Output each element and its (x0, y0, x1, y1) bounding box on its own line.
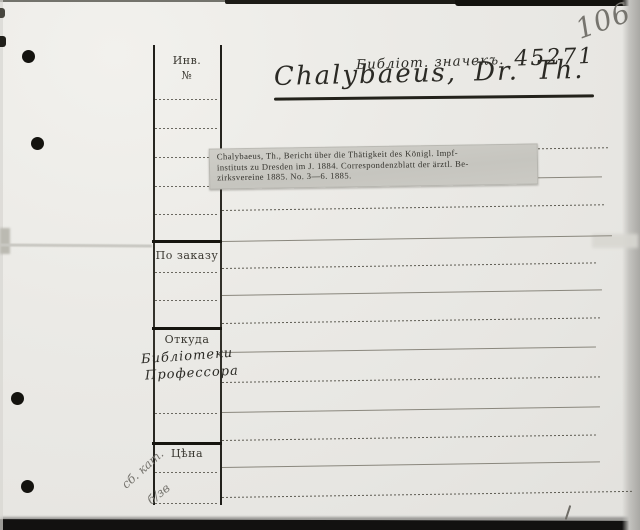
label-order: По заказу (153, 249, 221, 262)
author-underline (274, 94, 594, 100)
writing-rule (222, 346, 596, 353)
paper-crease (0, 243, 152, 247)
paper-right-edge-shadow (622, 0, 640, 530)
column-rule (155, 503, 219, 504)
origin-handwriting-line2: Профессора (145, 364, 239, 384)
column-rule (155, 214, 219, 215)
writing-rule (222, 289, 602, 296)
writing-rule (222, 262, 598, 269)
column-rule (155, 99, 219, 100)
punch-hole (11, 392, 24, 405)
punch-hole (31, 137, 44, 150)
section-divider (152, 442, 222, 445)
left-edge-mark (0, 8, 5, 18)
column-right-border (220, 45, 222, 505)
writing-rule (222, 461, 600, 468)
writing-rule (222, 376, 602, 383)
column-rule (155, 300, 219, 301)
column-rule (155, 472, 219, 473)
scan-bottom-edge (0, 519, 640, 530)
writing-rule (222, 235, 612, 242)
writing-rule (222, 491, 632, 498)
left-edge-smudge (0, 228, 10, 254)
label-inventory-number-sign: № (153, 69, 221, 82)
column-rule (155, 272, 219, 273)
writing-rule (222, 406, 600, 413)
column-rule (155, 128, 219, 129)
writing-rule (222, 204, 606, 211)
writing-rule (222, 434, 596, 441)
column-rule (155, 413, 219, 414)
writing-rule (222, 317, 600, 324)
paper-left-edge (0, 0, 3, 530)
label-origin: Откуда (153, 333, 221, 346)
punch-hole (22, 50, 35, 63)
pasted-clipping: Chalybaeus, Th., Bericht über die Thätig… (209, 143, 539, 189)
section-divider (152, 327, 222, 330)
label-inventory: Инв. (153, 54, 221, 67)
section-divider (152, 240, 222, 243)
punch-hole (21, 480, 34, 493)
column-left-border (153, 45, 155, 505)
left-edge-mark (0, 36, 6, 47)
scanned-catalog-card: Инв. № По заказу Откуда Цѣна Библіот. зн… (0, 0, 640, 530)
author-heading: Chalybaeus, Dr. Th. (274, 55, 585, 92)
